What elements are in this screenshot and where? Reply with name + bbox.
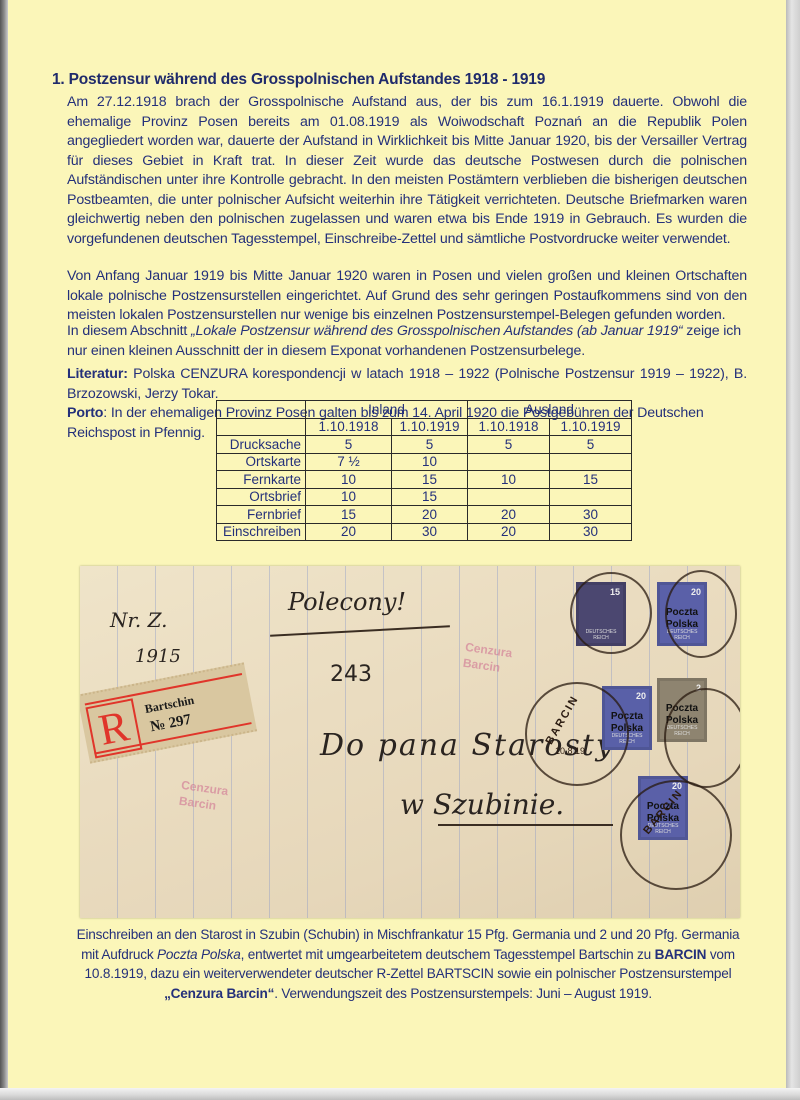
handwritten-year: 1915 <box>135 646 181 667</box>
exhibit-page: 1. Postzensur während des Grosspolnische… <box>8 0 786 1088</box>
literature-paragraph: Literatur: Polska CENZURA korespondencji… <box>67 365 747 404</box>
scan-frame-right <box>786 0 800 1100</box>
section-title-quote: „Lokale Postzensur während des Grosspoln… <box>191 323 683 339</box>
registration-number: № 297 <box>149 712 193 737</box>
date-header: 1.10.1918 <box>468 418 550 436</box>
table-cell: 15 <box>392 471 468 489</box>
porto-table: Inland Ausland 1.10.1918 1.10.1919 1.10.… <box>216 400 632 541</box>
handwritten-polecony: Polecony! <box>288 588 406 616</box>
registration-label: R Bartschin № 297 <box>80 662 257 763</box>
section-text-prefix: In diesem Abschnitt <box>67 323 191 339</box>
row-label: Einschreiben <box>217 523 306 541</box>
handwritten-nr: Nr. Z. <box>110 608 167 632</box>
handwritten-underline <box>438 824 613 826</box>
postmark: BARCIN 10.8.19 <box>525 682 629 786</box>
censorship-paragraph: Von Anfang Januar 1919 bis Mitte Januar … <box>67 267 747 326</box>
table-cell: 30 <box>392 523 468 541</box>
table-cell: 15 <box>392 488 468 506</box>
date-header: 1.10.1918 <box>306 418 392 436</box>
table-cell <box>468 488 550 506</box>
registered-cover-image: Nr. Z. 1915 Polecony! 243 Do pana Staros… <box>80 566 740 918</box>
table-row: Einschreiben 20 30 20 30 <box>217 523 632 541</box>
censor-mark: Cenzura Barcin <box>178 777 229 815</box>
literature-text: Polska CENZURA korespondencji w latach 1… <box>67 366 747 402</box>
handwritten-city: w Szubinie. <box>400 788 564 821</box>
table-cell: 20 <box>306 523 392 541</box>
table-cell: 20 <box>392 506 468 524</box>
table-date-header: 1.10.1918 1.10.1919 1.10.1918 1.10.1919 <box>217 418 632 436</box>
table-cell: 30 <box>550 506 632 524</box>
intro-paragraph: Am 27.12.1918 brach der Grosspolnische A… <box>67 93 747 249</box>
row-label: Drucksache <box>217 436 306 454</box>
porto-label: Porto <box>67 405 103 421</box>
table-cell: 10 <box>306 488 392 506</box>
censorship-text: Von Anfang Januar 1919 bis Mitte Januar … <box>67 267 747 326</box>
registration-r-icon: R <box>85 698 142 758</box>
table-row: Ortskarte 7 ½ 10 <box>217 453 632 471</box>
row-label: Ortsbrief <box>217 488 306 506</box>
table-row: Ortsbrief 10 15 <box>217 488 632 506</box>
table-row: Fernbrief 15 20 20 30 <box>217 506 632 524</box>
table-cell: 20 <box>468 506 550 524</box>
table-row: Fernkarte 10 15 10 15 <box>217 471 632 489</box>
cover-caption: Einschreiben an den Starost in Szubin (S… <box>68 925 748 1003</box>
table-cell: 15 <box>550 471 632 489</box>
table-cell: 10 <box>306 471 392 489</box>
censor-mark: Cenzura Barcin <box>462 639 513 677</box>
intro-text: Am 27.12.1918 brach der Grosspolnische A… <box>67 93 747 249</box>
group-inland: Inland <box>306 401 468 419</box>
literature-label: Literatur: <box>67 366 128 382</box>
table-cell <box>468 453 550 471</box>
table-cell <box>550 488 632 506</box>
table-cell: 30 <box>550 523 632 541</box>
table-cell: 5 <box>306 436 392 454</box>
postmark <box>570 572 652 654</box>
table-cell: 5 <box>468 436 550 454</box>
scan-frame-bottom <box>0 1088 800 1100</box>
table-cell: 5 <box>550 436 632 454</box>
section-paragraph: In diesem Abschnitt „Lokale Postzensur w… <box>67 322 747 361</box>
postmark <box>665 570 737 658</box>
table-cell: 10 <box>392 453 468 471</box>
row-label: Fernbrief <box>217 506 306 524</box>
table-cell <box>550 453 632 471</box>
table-row: Drucksache 5 5 5 5 <box>217 436 632 454</box>
scan-frame-left <box>0 0 8 1100</box>
table-group-header: Inland Ausland <box>217 401 632 419</box>
handwritten-number: 243 <box>330 662 372 687</box>
handwritten-underline <box>270 625 450 636</box>
table-cell: 10 <box>468 471 550 489</box>
postmark <box>664 688 740 788</box>
table-cell: 7 ½ <box>306 453 392 471</box>
row-label: Fernkarte <box>217 471 306 489</box>
row-label: Ortskarte <box>217 453 306 471</box>
date-header: 1.10.1919 <box>392 418 468 436</box>
table-cell: 20 <box>468 523 550 541</box>
table-cell: 5 <box>392 436 468 454</box>
group-ausland: Ausland <box>468 401 632 419</box>
page-title: 1. Postzensur während des Grosspolnische… <box>52 71 545 89</box>
postmark: BARCIN <box>620 780 732 890</box>
date-header: 1.10.1919 <box>550 418 632 436</box>
table-cell: 15 <box>306 506 392 524</box>
